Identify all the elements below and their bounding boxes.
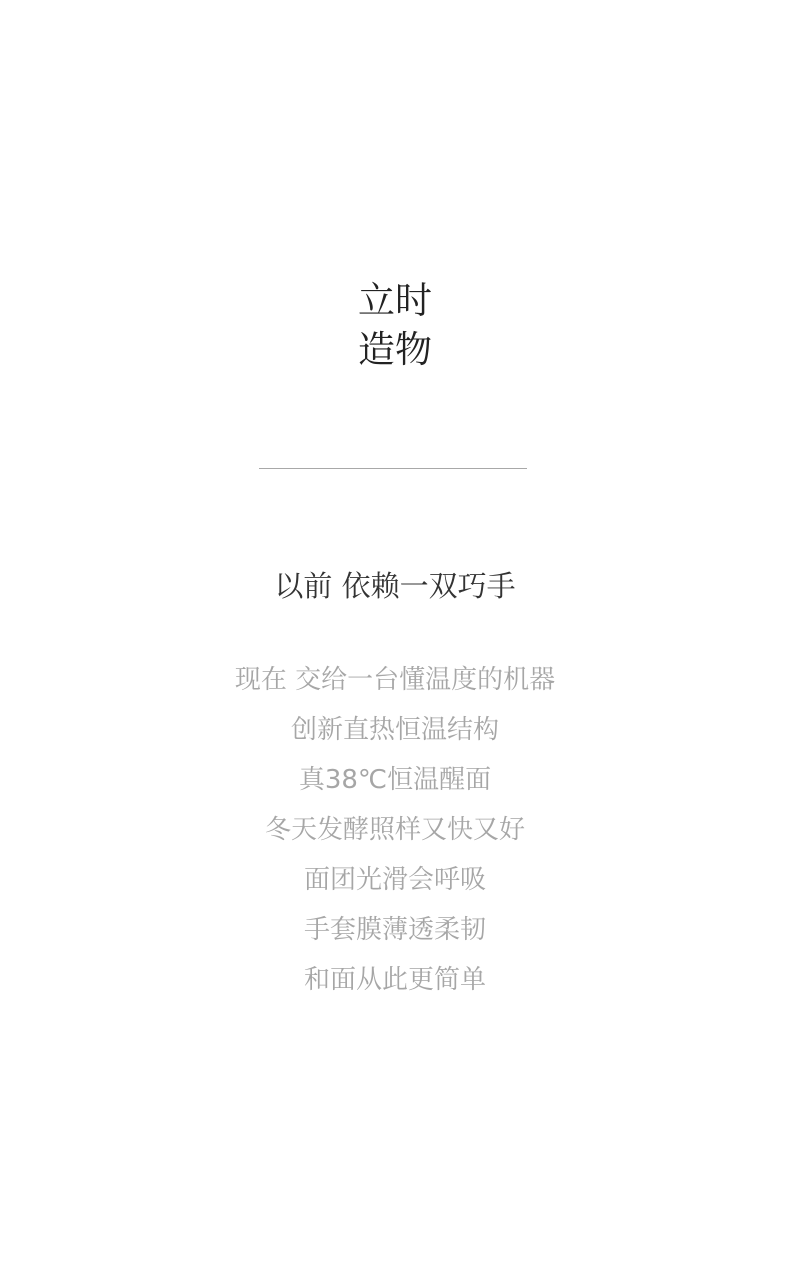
body-line: 手套膜薄透柔韧 <box>0 905 790 955</box>
title-line-1: 立时 <box>0 276 790 325</box>
body-line: 和面从此更简单 <box>0 955 790 1005</box>
page-title: 立时 造物 <box>0 276 790 374</box>
body-line: 创新直热恒温结构 <box>0 705 790 755</box>
divider <box>259 468 527 469</box>
lead-text: 以前 依赖一双巧手 <box>0 566 790 606</box>
body-text: 现在 交给一台懂温度的机器 创新直热恒温结构 真38℃恒温醒面 冬天发酵照样又快… <box>0 655 790 1005</box>
title-line-2: 造物 <box>0 325 790 374</box>
body-line: 冬天发酵照样又快又好 <box>0 805 790 855</box>
body-line: 面团光滑会呼吸 <box>0 855 790 905</box>
body-line: 真38℃恒温醒面 <box>0 755 790 805</box>
body-line: 现在 交给一台懂温度的机器 <box>0 655 790 705</box>
